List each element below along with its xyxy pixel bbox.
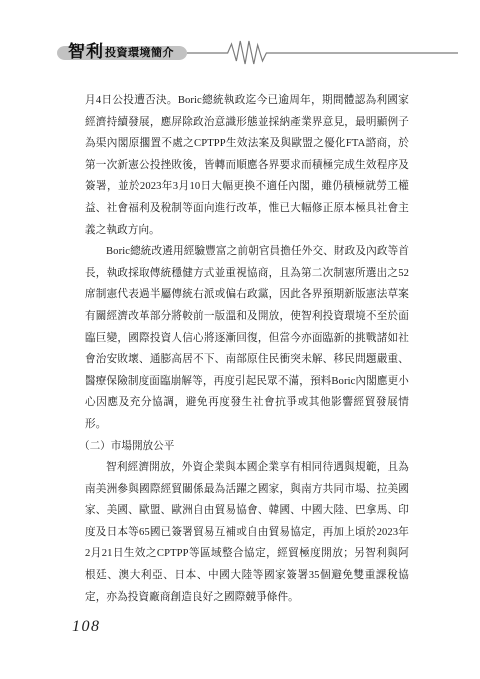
paragraph-boric-cabinet: Boric總統改遴用經驗豐富之前朝官員擔任外交、財政及內政等首長，執政採取傳統穩… bbox=[85, 241, 409, 435]
chapter-title-subtitle: 投資環境簡介 bbox=[105, 47, 174, 60]
body-content: 月4日公投遭否決。Boric總統執政迄今已逾周年，期間體認為利國家經濟持續發展，… bbox=[85, 90, 409, 608]
page-header: 智利 投資環境簡介 bbox=[57, 34, 458, 68]
chapter-title-bar: 智利 投資環境簡介 bbox=[57, 46, 187, 60]
page-number: 108 bbox=[72, 618, 101, 636]
section-heading-market-openness: （二）市場開放公平 bbox=[79, 436, 409, 458]
chapter-title-country: 智利 bbox=[68, 45, 104, 59]
paragraph-continued: 月4日公投遭否決。Boric總統執政迄今已逾周年，期間體認為利國家經濟持續發展，… bbox=[85, 90, 409, 241]
paragraph-market-openness: 智利經濟開放，外資企業與本國企業享有相同待遇與規範，且為南美洲參與國際經貿關係最… bbox=[85, 457, 409, 608]
document-page: 智利 投資環境簡介 月4日公投遭否決。Boric總統執政迄今已逾周年，期間體認為… bbox=[0, 0, 480, 679]
pulse-line-decoration bbox=[187, 33, 458, 73]
